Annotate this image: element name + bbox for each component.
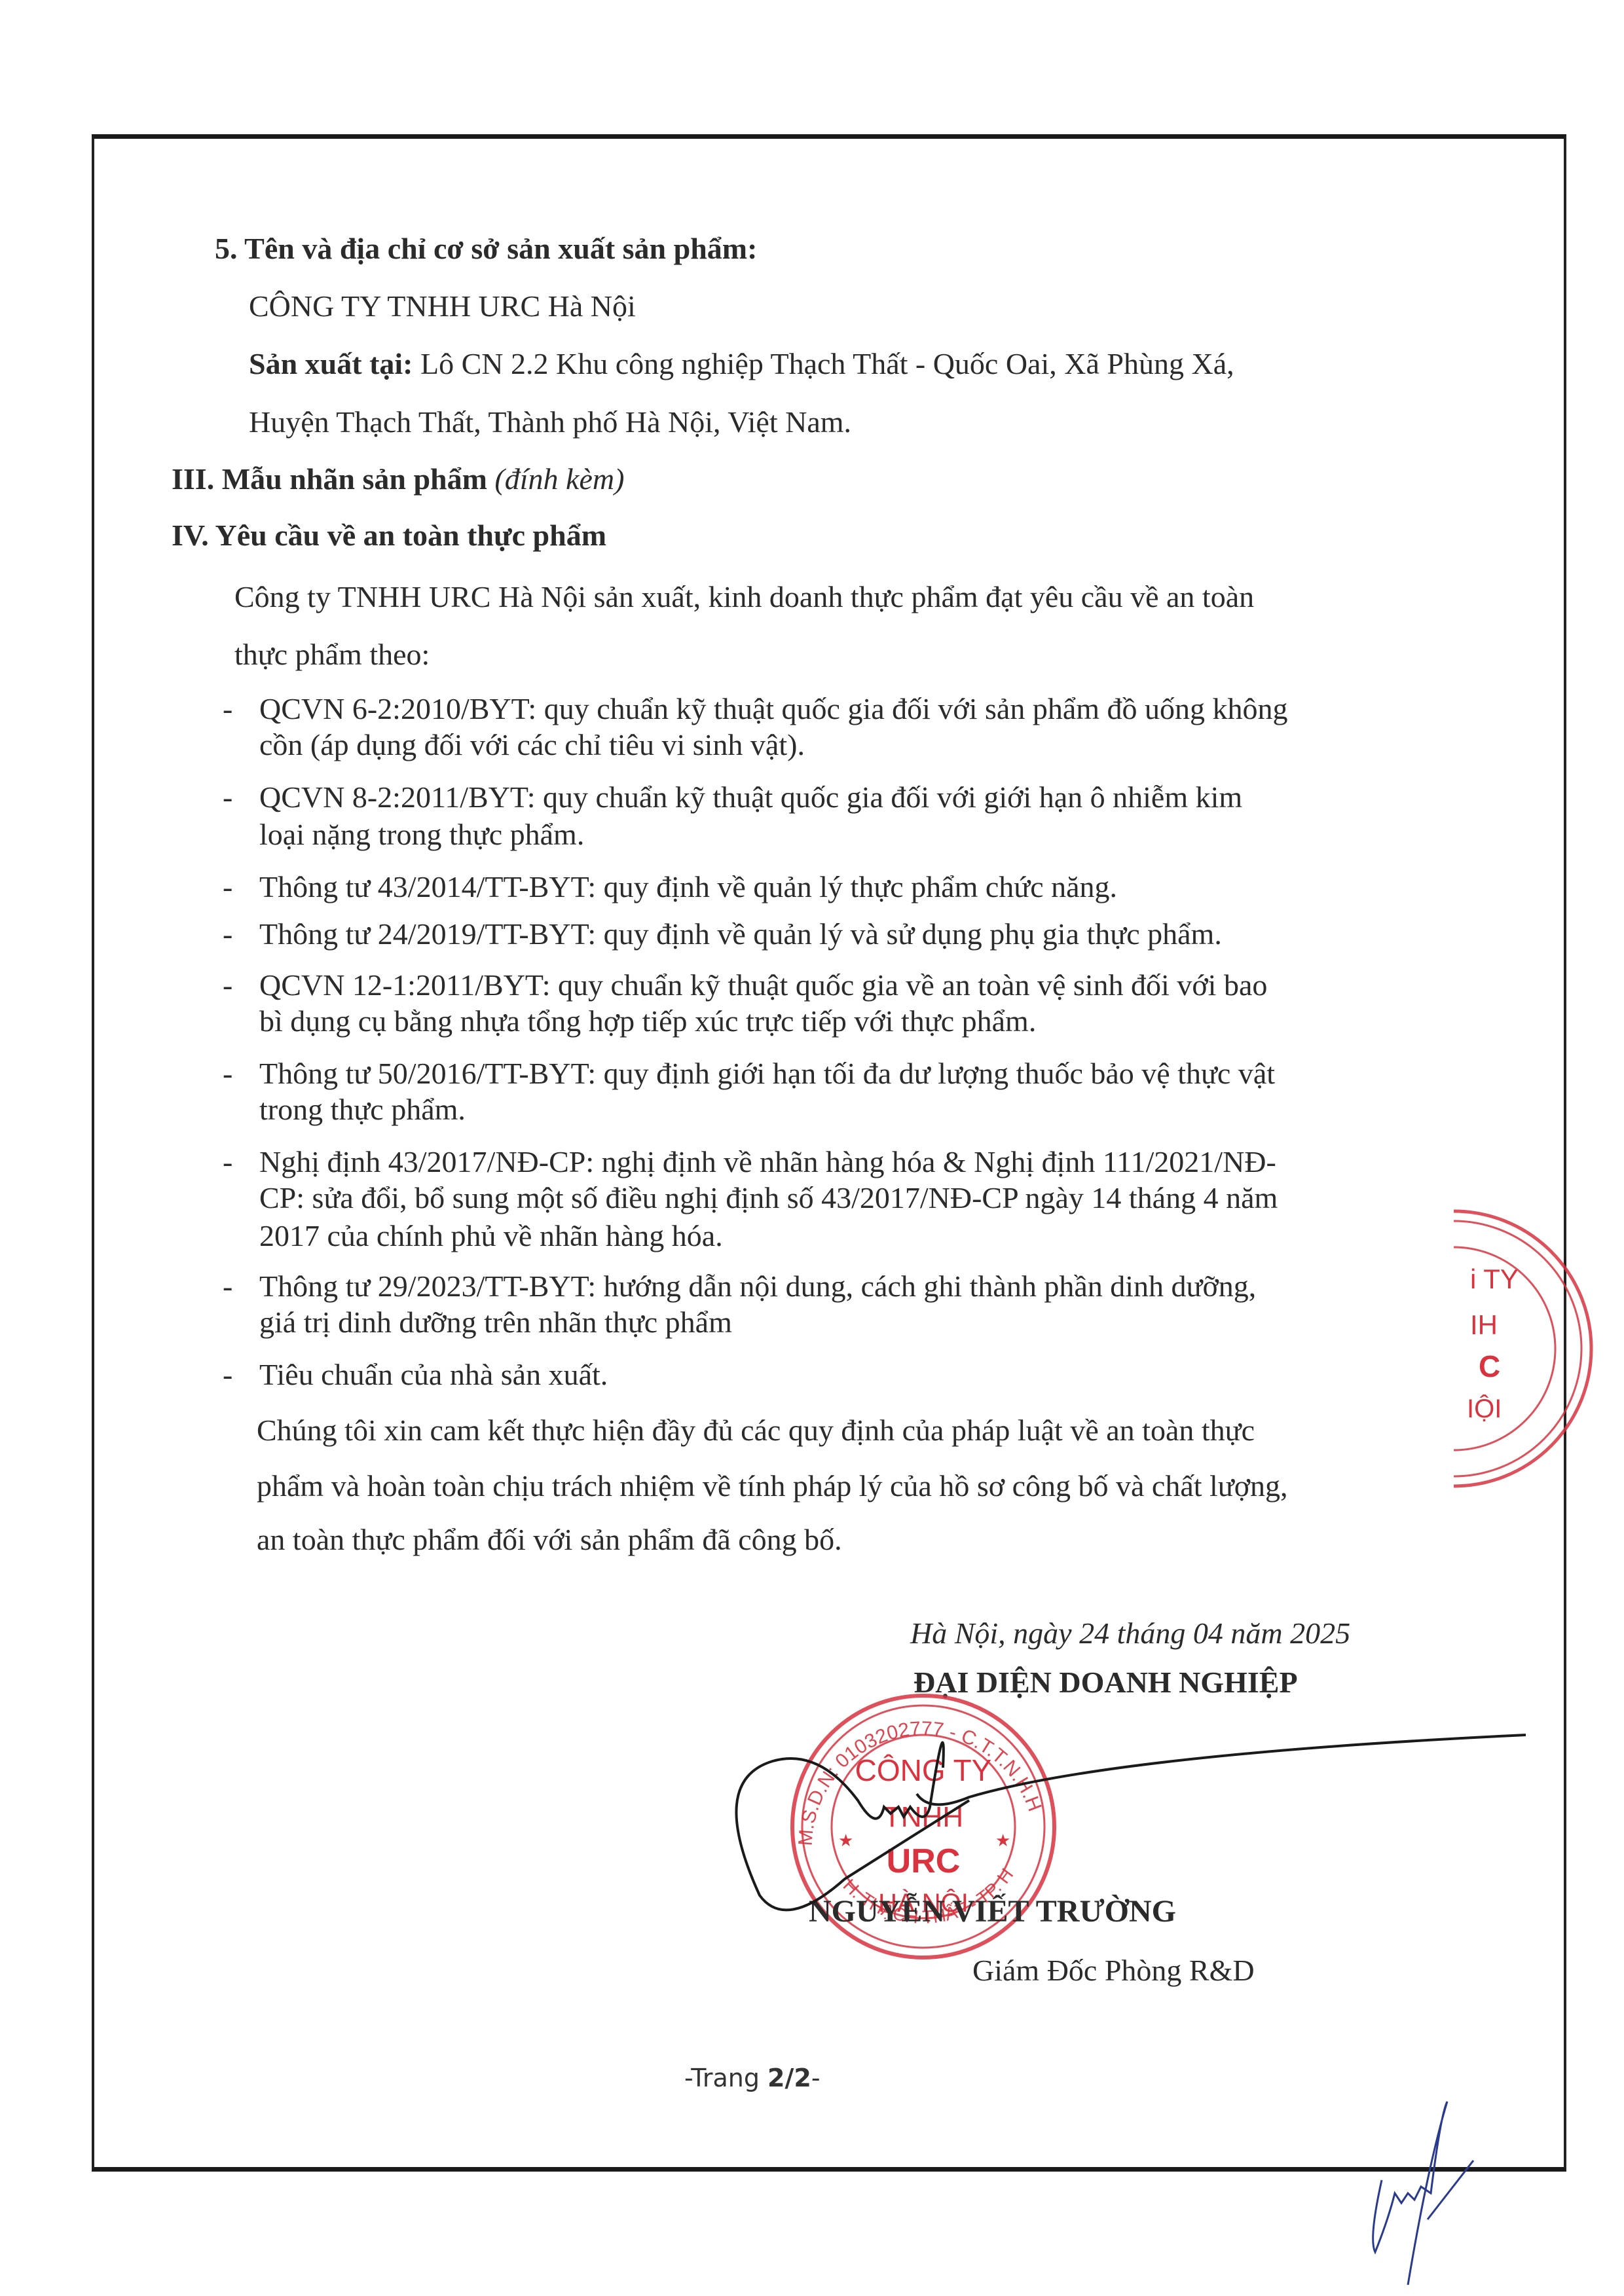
handwritten-signature <box>0 0 1624 2296</box>
initials-signature <box>1362 2088 1532 2259</box>
page-number: -Trang 2/2- <box>684 2064 821 2092</box>
